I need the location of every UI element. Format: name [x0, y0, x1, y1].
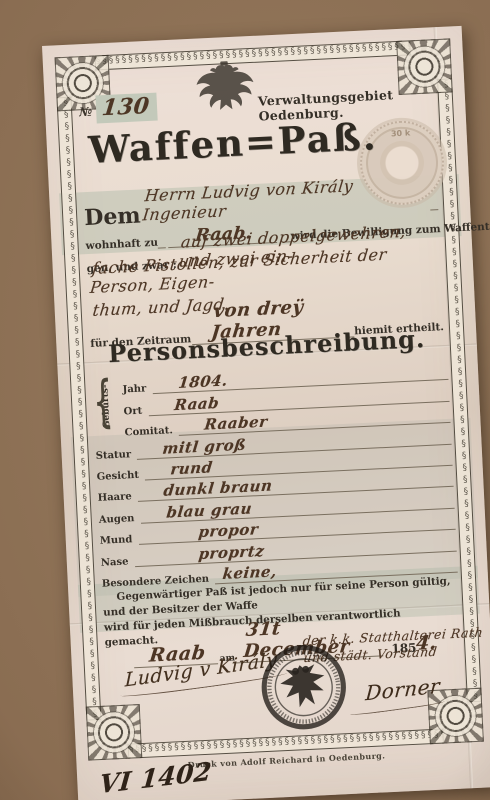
- field-value: 1804.: [177, 373, 228, 392]
- number-value: 130: [101, 93, 151, 121]
- document-number: №130: [78, 93, 158, 125]
- field-value: proprtz: [197, 542, 265, 562]
- document-title: Waffen=Paß.: [82, 114, 384, 172]
- document-paper: №130 Verwaltungsgebiet Oedenburg. Waffen…: [42, 26, 490, 800]
- double-headed-eagle-icon: [193, 60, 258, 119]
- municipal-ink-seal-icon: [254, 637, 355, 741]
- numero-sign: №: [79, 105, 93, 120]
- birth-group-label: Geburts-: [100, 384, 112, 428]
- official-signature: Dorner: [365, 674, 441, 706]
- printed-dem: Dem: [84, 206, 141, 227]
- field-value: Raab: [173, 395, 220, 414]
- frame-corner-ornament: [86, 704, 143, 761]
- field-value: propor: [197, 521, 259, 541]
- field-value: rund: [170, 459, 214, 478]
- number-shading: 130: [95, 93, 158, 124]
- person-description-table: Geburts- Jahr 1804. Ort Raab Comitat. Ra…: [92, 359, 458, 590]
- photo-background: №130 Verwaltungsgebiet Oedenburg. Waffen…: [0, 0, 490, 800]
- field-value: keine,: [222, 563, 278, 583]
- birth-group-brace: Geburts-: [92, 375, 125, 441]
- field-value: mitl groß: [162, 436, 247, 457]
- field-value: Raaber: [204, 414, 269, 434]
